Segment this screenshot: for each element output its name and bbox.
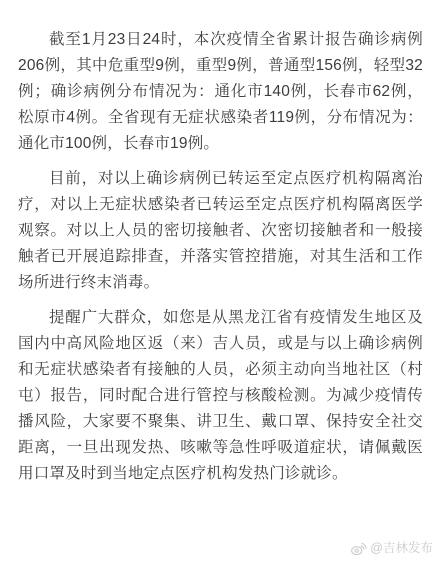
weibo-watermark: @吉林发布 (350, 540, 433, 557)
paragraph-containment-measures: 目前，对以上确诊病例已转运至定点医疗机构隔离治疗，对以上无症状感染者已转运至定点… (18, 166, 423, 296)
announcement-body: 截至1月23日24时，本次疫情全省累计报告确诊病例206例，其中危重型9例，重型… (0, 0, 440, 487)
paragraph-public-reminder: 提醒广大群众，如您是从黑龙江省有疫情发生地区及国内中高风险地区返（来）吉人员，或… (18, 305, 423, 487)
paragraph-case-summary: 截至1月23日24时，本次疫情全省累计报告确诊病例206例，其中危重型9例，重型… (18, 27, 423, 157)
announcement-page: 截至1月23日24时，本次疫情全省累计报告确诊病例206例，其中危重型9例，重型… (0, 0, 440, 563)
weibo-logo-icon (350, 540, 367, 557)
weibo-account-handle: @吉林发布 (370, 542, 433, 555)
